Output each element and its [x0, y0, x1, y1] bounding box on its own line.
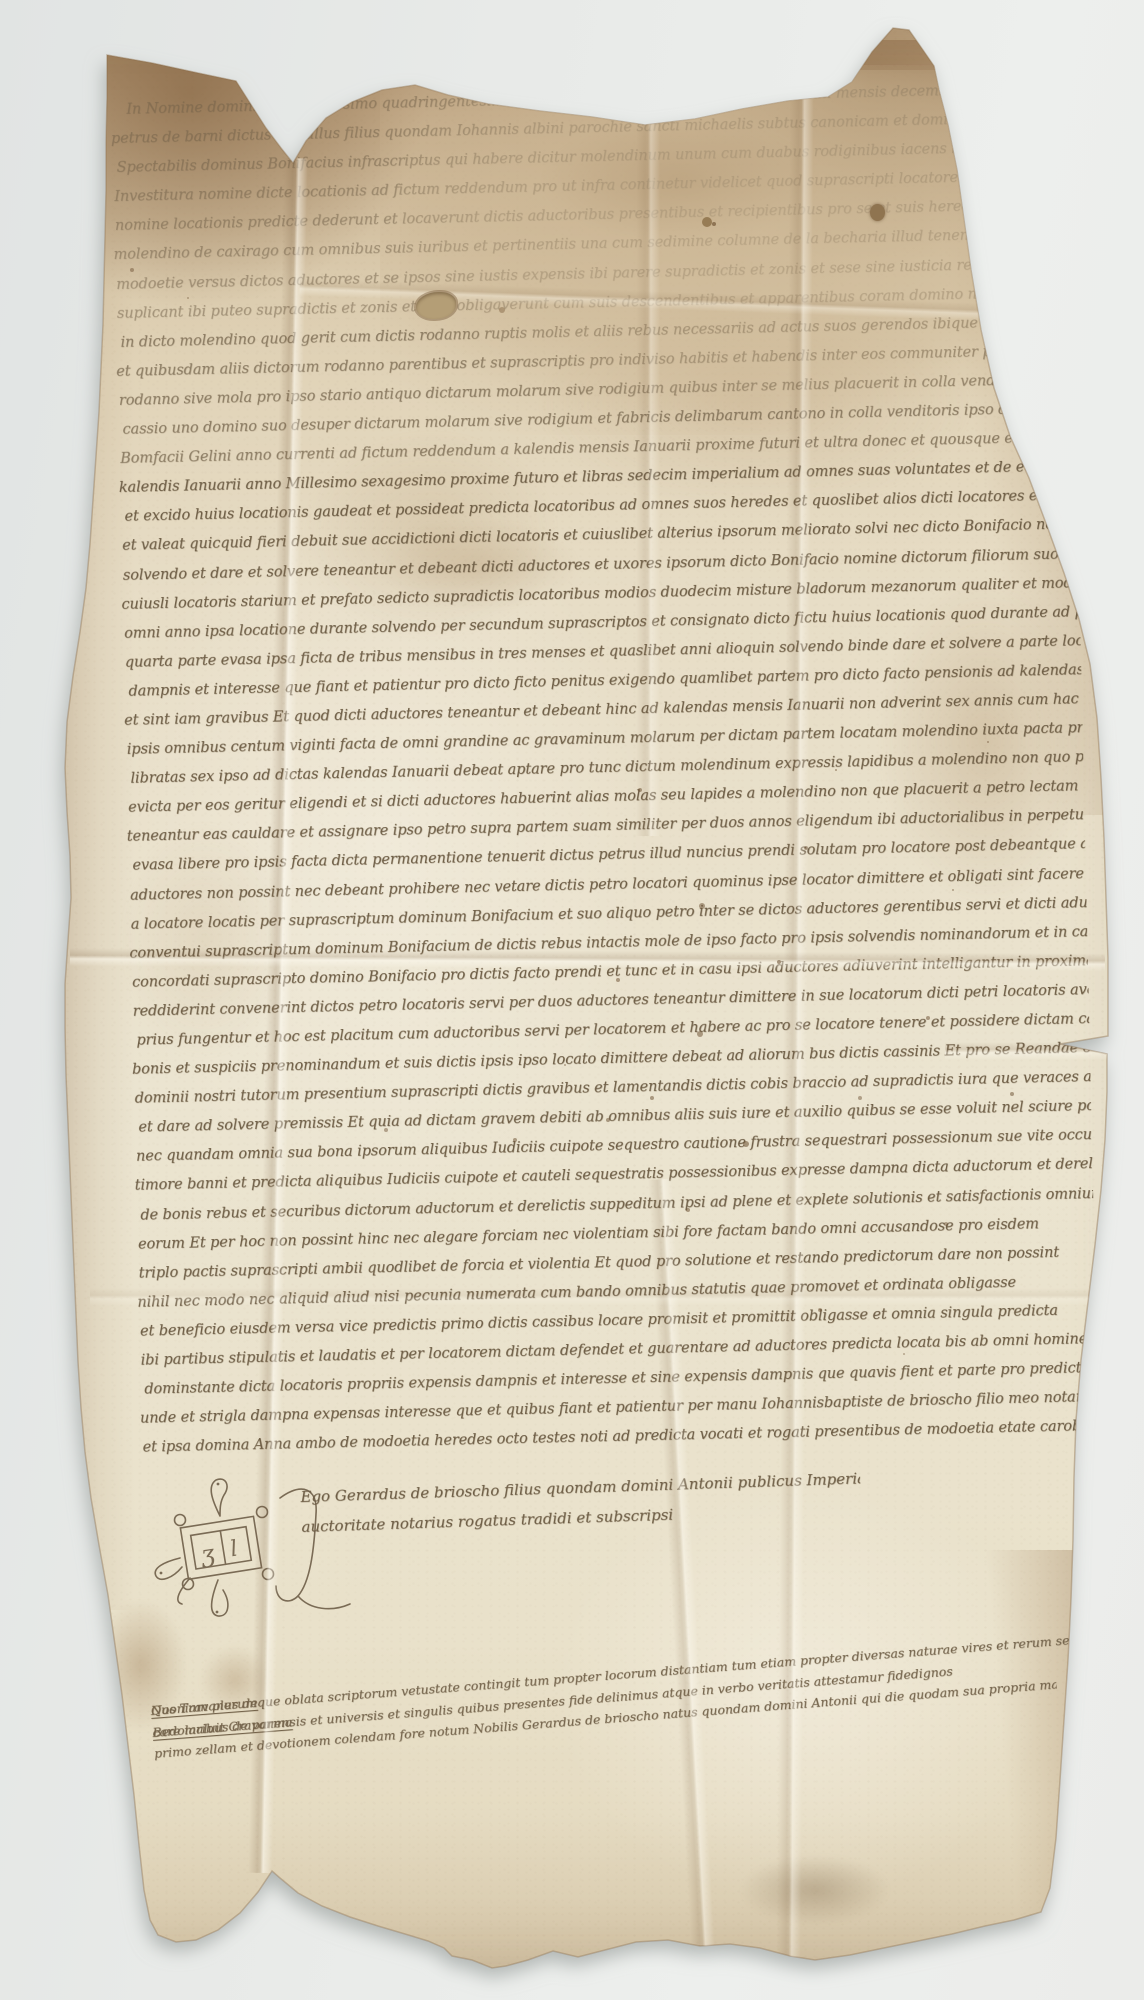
- manuscript-line: et sint iam gravibus Et quod dicti aduct…: [124, 685, 1082, 736]
- parchment-hole: [416, 292, 456, 319]
- manuscript-line: evasa libere pro ipsis facta dicta perma…: [132, 831, 1085, 882]
- manuscript-line: suplicant ibi puteo supradictis et zonis…: [117, 278, 1073, 329]
- lower-sheen: [560, 1480, 1040, 1900]
- manuscript-line: et beneficio eiusdem versa vice predicti…: [140, 1296, 1096, 1347]
- manuscript-line: conventui suprascriptum dominum Bonifaci…: [129, 918, 1087, 969]
- manuscript-line: in dicto molendino quod gerit cum dictis…: [120, 307, 1073, 358]
- codicil-line: et in ducatu nulli et alibi versatum in …: [158, 1738, 1057, 1764]
- manuscript-line: nihil nec modo nec aliquid aliud nisi pe…: [137, 1267, 1095, 1318]
- manuscript-line: libratas sex ipso ad dictas kalendas Ian…: [130, 743, 1083, 794]
- manuscript-text-block: In Nomine domini amen Millesimo quadring…: [112, 74, 1100, 1495]
- codicil-underlined-name: Nos Travanus de: [150, 1692, 258, 1722]
- manuscript-line: nomine locationis predicte dederunt et l…: [115, 191, 1071, 242]
- horizontal-fold-crease: [70, 948, 1105, 971]
- stain: [740, 1855, 890, 1925]
- signum-outer-frame: [180, 1516, 261, 1579]
- vertical-fold-crease: [648, 1179, 717, 1979]
- codicil-line: Quoniam plerumque oblata scriptorum vetu…: [150, 1631, 1054, 1722]
- codicil-text-block: Quoniam plerumque oblata scriptorum vetu…: [150, 1631, 1057, 1765]
- vellum-texture: [0, 0, 1144, 2000]
- stain: [540, 300, 970, 510]
- notarial-signum: ʒ l: [150, 1468, 360, 1643]
- signum-left-flourish: [155, 1558, 182, 1579]
- manuscript-line: et ipsa domina Anna ambo de modoetia her…: [142, 1412, 1098, 1463]
- manuscript-line: a locatore locatis per suprascriptum dom…: [130, 889, 1086, 940]
- manuscript-line: rodanno sive mola pro ipso stario antiqu…: [119, 365, 1075, 416]
- vertical-fold-crease: [636, 116, 660, 836]
- manuscript-line: et dare ad solvere premissis Et quia ad …: [138, 1092, 1091, 1143]
- signum-corner-curl: [263, 1569, 274, 1580]
- codicil-line: Bedolaribus de parma care maluit Cravane…: [152, 1652, 1056, 1743]
- manuscript-line: timore banni et predicta aliquibus Iudic…: [134, 1151, 1092, 1202]
- manuscript-line: evicta per eos geritur eligendi et si di…: [128, 772, 1084, 823]
- manuscript-line: teneantur eas cauldare et assignare ipso…: [127, 801, 1085, 852]
- photo-backdrop: In Nomine domini amen Millesimo quadring…: [0, 0, 1144, 2000]
- manuscript-line: omni anno ipsa locatione durante solvend…: [124, 598, 1080, 649]
- signum-inner-frame: [191, 1527, 252, 1569]
- top-center-stain-wash: [380, 65, 1010, 435]
- codicil-line: bonarua et per medium versatum quod ipse…: [157, 1717, 1058, 1765]
- manuscript-line: nec quandam omnia sua bona ipsorum aliqu…: [136, 1121, 1092, 1172]
- manuscript-line: Spectabilis dominus Bonifacius infrascri…: [116, 132, 1069, 183]
- signum-monogram-right: l: [228, 1536, 239, 1562]
- manuscript-line: et excido huius locationis gaudeat et po…: [124, 482, 1077, 533]
- signum-corner-curl: [183, 1579, 194, 1590]
- signum-bracket-tail: [298, 1596, 350, 1609]
- codicil-line: subscripsit suprascriptum quoddam instru…: [155, 1695, 1057, 1764]
- manuscript-line: unde et strigla dampna expensas interess…: [140, 1383, 1098, 1434]
- manuscript-line: cassio uno domino suo desuper dictarum m…: [122, 394, 1075, 445]
- vertical-fold-crease: [777, 55, 814, 1965]
- attestation-line: Ego Gerardus de brioscho filius quondam …: [300, 1463, 861, 1512]
- signum-bottom-flourish: [212, 1580, 228, 1616]
- manuscript-line: triplo pactis suprascripti ambii quodlib…: [138, 1238, 1094, 1289]
- manuscript-line: et valeat quicquid fieri debuit sue acci…: [122, 511, 1078, 562]
- manuscript-line: cuiusli locatoris starium et prefato sed…: [121, 569, 1079, 620]
- manuscript-line: prius fungentur et hoc est placitum cum …: [136, 1005, 1089, 1056]
- stain: [880, 580, 1090, 900]
- signum-right-bracket: [276, 1489, 316, 1601]
- codicil-line: primo zellam et devotionem colendam fore…: [153, 1674, 1057, 1765]
- manuscript-line: de bonis rebus et securibus dictorum adu…: [140, 1180, 1093, 1231]
- stain: [380, 520, 580, 610]
- stain: [540, 120, 820, 240]
- vertical-fold-crease: [248, 158, 308, 1873]
- codicil-underlined-name: Bedolaribus de parma: [152, 1711, 293, 1743]
- manuscript-line: eorum Et per hoc non possint hinc nec al…: [138, 1209, 1094, 1260]
- manuscript-line: reddiderint convenerint dictos petro loc…: [132, 976, 1088, 1027]
- manuscript-line: concordati suprascripto domino Bonifacio…: [132, 947, 1088, 998]
- manuscript-line: ipsis omnibus centum viginti facta de om…: [127, 714, 1083, 765]
- manuscript-line: dampnis et interesse que fiant et patien…: [128, 656, 1081, 707]
- signum-top-flourish: [211, 1479, 227, 1516]
- manuscript-line: modoetie versus dictos aductores et se i…: [116, 249, 1072, 300]
- signum-corner-curl: [257, 1507, 268, 1518]
- manuscript-line: solvendo et dare et solvere teneantur et…: [123, 540, 1079, 591]
- parchment-surface: In Nomine domini amen Millesimo quadring…: [0, 0, 1144, 2000]
- signum-corner-curl: [175, 1515, 186, 1526]
- codicil-line: que nisi fuit in dubium unquam de probit…: [160, 1760, 1057, 1765]
- signum-lower-left-curl: [178, 1578, 190, 1604]
- codicil-lines: primo zellam et devotionem colendam fore…: [153, 1674, 1057, 1765]
- manuscript-line: dominstante dicta locatoris propriis exp…: [144, 1354, 1097, 1405]
- edge-vignette: [0, 0, 1144, 2000]
- manuscript-line: ibi partibus stipulatis et laudatis et p…: [140, 1325, 1096, 1376]
- manuscript-line: quarta parte evasa ipsa ficta de tribus …: [125, 627, 1081, 678]
- codicil-line-text: Quoniam plerumque oblata scriptorum vetu…: [150, 1631, 1054, 1722]
- parchment-hole: [702, 217, 712, 227]
- manuscript-line: Bomfacii Gelini anno currenti ad fictum …: [120, 423, 1076, 474]
- signum-monogram-left: ʒ: [198, 1539, 217, 1569]
- manuscript-line: kalendis Ianuarii anno Millesimo sexages…: [119, 452, 1077, 503]
- manuscript-line: bonis et suspiciis prenominandum et suis…: [132, 1034, 1090, 1085]
- stain: [200, 1645, 270, 1715]
- attestation-line: auctoritate notarius rogatus tradidi et …: [301, 1493, 862, 1542]
- codicil-line-text: care maluit Cravanensis et universis et …: [152, 1660, 954, 1743]
- manuscript-line: et quibusdam aliis dictorum rodanno pare…: [116, 336, 1074, 387]
- manuscript-line: Investitura nomine dicte locationis ad f…: [114, 162, 1070, 213]
- horizontal-fold-crease: [90, 1288, 1090, 1306]
- notary-attestation: Ego Gerardus de brioscho filius quondam …: [300, 1463, 862, 1542]
- manuscript-line: dominii nostri tutorum presentium supras…: [134, 1063, 1090, 1114]
- manuscript-line: aductores non possint nec debeant prohib…: [130, 860, 1086, 911]
- manuscript-line: molendino de caxirago cum omnibus suis i…: [113, 220, 1071, 271]
- parchment-hole: [870, 204, 885, 221]
- stain: [120, 820, 290, 1060]
- stain: [300, 430, 560, 640]
- parchment-sheen: [110, 480, 650, 1220]
